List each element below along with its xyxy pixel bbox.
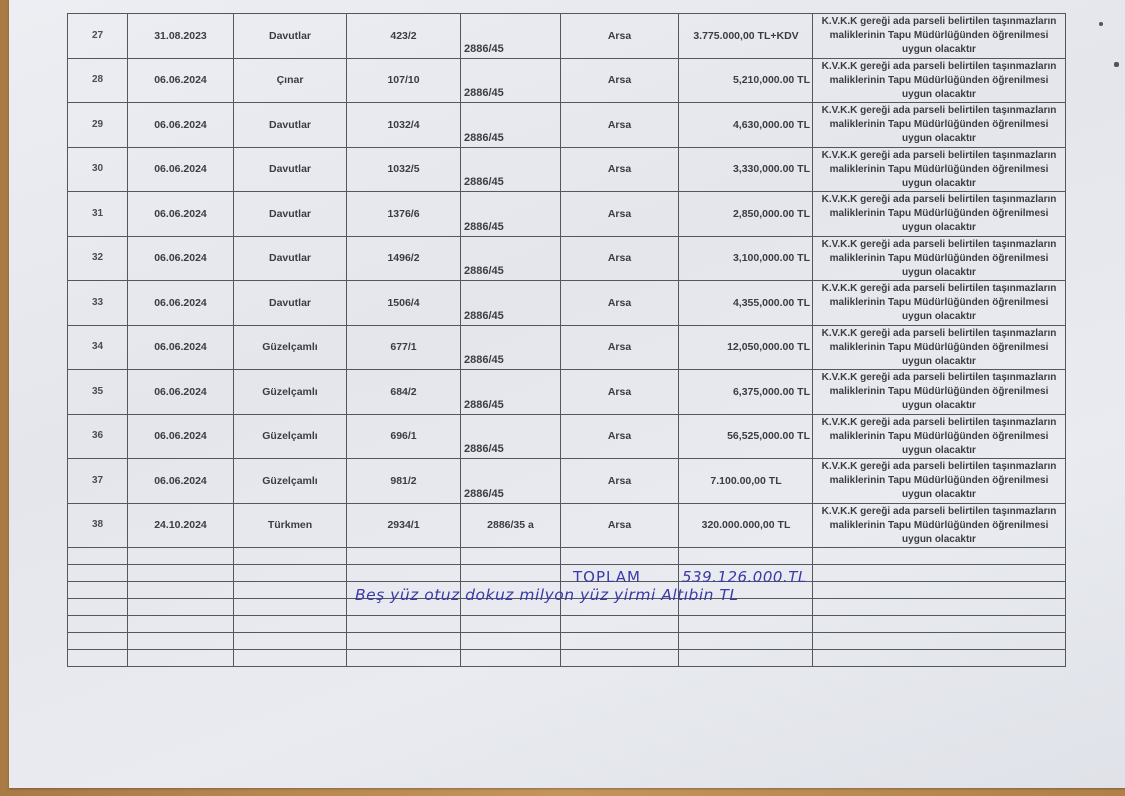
property-type-cell: Arsa: [561, 236, 679, 281]
ada-number-cell: 2886/45: [461, 236, 561, 281]
empty-cell: [347, 565, 461, 582]
location-cell: Güzelçamlı: [234, 370, 347, 415]
row-number-cell: 37: [68, 459, 128, 504]
location-cell: Davutlar: [234, 147, 347, 192]
row-number-cell: 34: [68, 325, 128, 370]
property-type-cell: Arsa: [561, 192, 679, 237]
parcel-number-cell: 1376/6: [347, 192, 461, 237]
ada-number-cell: 2886/45: [461, 58, 561, 103]
empty-cell: [234, 582, 347, 599]
location-cell: Türkmen: [234, 503, 347, 548]
location-cell: Güzelçamlı: [234, 325, 347, 370]
sale-date-cell: 31.08.2023: [128, 14, 234, 59]
empty-cell: [679, 633, 813, 650]
empty-cell: [561, 616, 679, 633]
price-cell: 2,850,000.00 TL: [679, 192, 813, 237]
kvkk-note-cell: K.V.K.K gereği ada parseli belirtilen ta…: [813, 281, 1066, 326]
empty-cell: [461, 616, 561, 633]
ada-number-cell: 2886/45: [461, 103, 561, 148]
property-type-cell: Arsa: [561, 459, 679, 504]
table-row: 2906.06.2024Davutlar1032/42886/45Arsa4,6…: [68, 103, 1066, 148]
empty-cell: [561, 650, 679, 667]
row-number-cell: 29: [68, 103, 128, 148]
property-type-cell: Arsa: [561, 147, 679, 192]
sale-date-cell: 06.06.2024: [128, 414, 234, 459]
parcel-number-cell: 1032/4: [347, 103, 461, 148]
table-row: 3606.06.2024Güzelçamlı696/12886/45Arsa56…: [68, 414, 1066, 459]
property-type-cell: Arsa: [561, 325, 679, 370]
ada-number-cell: 2886/35 a: [461, 503, 561, 548]
ada-number-cell: 2886/45: [461, 370, 561, 415]
handwritten-total-amount: 539.126.000.TL: [682, 568, 807, 586]
location-cell: Davutlar: [234, 103, 347, 148]
empty-cell: [813, 633, 1066, 650]
table-row: 3506.06.2024Güzelçamlı684/22886/45Arsa6,…: [68, 370, 1066, 415]
empty-cell: [813, 548, 1066, 565]
property-type-cell: Arsa: [561, 14, 679, 59]
table-row: 3406.06.2024Güzelçamlı677/12886/45Arsa12…: [68, 325, 1066, 370]
ada-number-cell: 2886/45: [461, 281, 561, 326]
empty-table-row: [68, 565, 1066, 582]
property-type-cell: Arsa: [561, 414, 679, 459]
parcel-table: 2731.08.2023Davutlar423/22886/45Arsa3.77…: [67, 13, 1066, 667]
sale-date-cell: 06.06.2024: [128, 459, 234, 504]
paper-speck: [1099, 22, 1103, 26]
row-number-cell: 32: [68, 236, 128, 281]
row-number-cell: 36: [68, 414, 128, 459]
sale-date-cell: 06.06.2024: [128, 147, 234, 192]
empty-cell: [461, 633, 561, 650]
empty-cell: [128, 548, 234, 565]
parcel-number-cell: 1496/2: [347, 236, 461, 281]
parcel-number-cell: 1506/4: [347, 281, 461, 326]
empty-cell: [561, 548, 679, 565]
kvkk-note-cell: K.V.K.K gereği ada parseli belirtilen ta…: [813, 147, 1066, 192]
price-cell: 4,355,000.00 TL: [679, 281, 813, 326]
empty-cell: [347, 633, 461, 650]
empty-cell: [128, 599, 234, 616]
empty-cell: [561, 633, 679, 650]
price-cell: 5,210,000.00 TL: [679, 58, 813, 103]
empty-cell: [679, 548, 813, 565]
empty-cell: [234, 548, 347, 565]
table-row: 3306.06.2024Davutlar1506/42886/45Arsa4,3…: [68, 281, 1066, 326]
kvkk-note-cell: K.V.K.K gereği ada parseli belirtilen ta…: [813, 459, 1066, 504]
empty-cell: [128, 616, 234, 633]
empty-cell: [68, 548, 128, 565]
empty-table-row: [68, 650, 1066, 667]
empty-cell: [68, 633, 128, 650]
empty-table-row: [68, 616, 1066, 633]
kvkk-note-cell: K.V.K.K gereği ada parseli belirtilen ta…: [813, 325, 1066, 370]
empty-cell: [813, 582, 1066, 599]
kvkk-note-cell: K.V.K.K gereği ada parseli belirtilen ta…: [813, 14, 1066, 59]
empty-cell: [234, 565, 347, 582]
sale-date-cell: 06.06.2024: [128, 58, 234, 103]
parcel-number-cell: 981/2: [347, 459, 461, 504]
sale-date-cell: 06.06.2024: [128, 236, 234, 281]
handwritten-amount-in-words: Beş yüz otuz dokuz milyon yüz yirmi Altı…: [355, 586, 739, 604]
table-row: 3824.10.2024Türkmen2934/12886/35 aArsa32…: [68, 503, 1066, 548]
parcel-number-cell: 684/2: [347, 370, 461, 415]
row-number-cell: 27: [68, 14, 128, 59]
empty-table-row: [68, 633, 1066, 650]
empty-cell: [128, 582, 234, 599]
empty-cell: [461, 565, 561, 582]
price-cell: 7.100.00,00 TL: [679, 459, 813, 504]
empty-cell: [234, 616, 347, 633]
row-number-cell: 28: [68, 58, 128, 103]
table-body: 2731.08.2023Davutlar423/22886/45Arsa3.77…: [68, 14, 1066, 667]
empty-cell: [234, 599, 347, 616]
location-cell: Çınar: [234, 58, 347, 103]
price-cell: 6,375,000.00 TL: [679, 370, 813, 415]
empty-cell: [234, 633, 347, 650]
sale-date-cell: 06.06.2024: [128, 281, 234, 326]
empty-cell: [347, 616, 461, 633]
location-cell: Davutlar: [234, 281, 347, 326]
price-cell: 56,525,000.00 TL: [679, 414, 813, 459]
property-type-cell: Arsa: [561, 281, 679, 326]
parcel-number-cell: 107/10: [347, 58, 461, 103]
parcel-number-cell: 696/1: [347, 414, 461, 459]
table-row: 3106.06.2024Davutlar1376/62886/45Arsa2,8…: [68, 192, 1066, 237]
location-cell: Davutlar: [234, 236, 347, 281]
table-row: 3006.06.2024Davutlar1032/52886/45Arsa3,3…: [68, 147, 1066, 192]
empty-cell: [68, 582, 128, 599]
property-type-cell: Arsa: [561, 503, 679, 548]
price-cell: 3.775.000,00 TL+KDV: [679, 14, 813, 59]
empty-cell: [234, 650, 347, 667]
empty-cell: [813, 650, 1066, 667]
kvkk-note-cell: K.V.K.K gereği ada parseli belirtilen ta…: [813, 58, 1066, 103]
table-row: 2731.08.2023Davutlar423/22886/45Arsa3.77…: [68, 14, 1066, 59]
empty-cell: [347, 548, 461, 565]
parcel-number-cell: 423/2: [347, 14, 461, 59]
sale-date-cell: 06.06.2024: [128, 370, 234, 415]
table-row: 3206.06.2024Davutlar1496/22886/45Arsa3,1…: [68, 236, 1066, 281]
kvkk-note-cell: K.V.K.K gereği ada parseli belirtilen ta…: [813, 192, 1066, 237]
price-cell: 12,050,000.00 TL: [679, 325, 813, 370]
empty-cell: [813, 616, 1066, 633]
parcel-number-cell: 2934/1: [347, 503, 461, 548]
sale-date-cell: 24.10.2024: [128, 503, 234, 548]
price-cell: 320.000.000,00 TL: [679, 503, 813, 548]
sale-date-cell: 06.06.2024: [128, 192, 234, 237]
ada-number-cell: 2886/45: [461, 459, 561, 504]
row-number-cell: 33: [68, 281, 128, 326]
price-cell: 4,630,000.00 TL: [679, 103, 813, 148]
handwritten-total-label: TOPLAM: [573, 568, 641, 586]
table-row: 3706.06.2024Güzelçamlı981/22886/45Arsa7.…: [68, 459, 1066, 504]
ada-number-cell: 2886/45: [461, 147, 561, 192]
location-cell: Davutlar: [234, 14, 347, 59]
parcel-table-wrapper: 2731.08.2023Davutlar423/22886/45Arsa3.77…: [67, 13, 1065, 667]
empty-cell: [461, 548, 561, 565]
price-cell: 3,100,000.00 TL: [679, 236, 813, 281]
table-row: 2806.06.2024Çınar107/102886/45Arsa5,210,…: [68, 58, 1066, 103]
ada-number-cell: 2886/45: [461, 325, 561, 370]
empty-cell: [128, 650, 234, 667]
property-type-cell: Arsa: [561, 103, 679, 148]
empty-cell: [68, 565, 128, 582]
empty-cell: [679, 616, 813, 633]
empty-cell: [68, 616, 128, 633]
empty-cell: [347, 650, 461, 667]
empty-cell: [68, 599, 128, 616]
row-number-cell: 35: [68, 370, 128, 415]
row-number-cell: 30: [68, 147, 128, 192]
sale-date-cell: 06.06.2024: [128, 103, 234, 148]
empty-cell: [813, 565, 1066, 582]
ada-number-cell: 2886/45: [461, 192, 561, 237]
row-number-cell: 38: [68, 503, 128, 548]
empty-cell: [679, 650, 813, 667]
kvkk-note-cell: K.V.K.K gereği ada parseli belirtilen ta…: [813, 103, 1066, 148]
location-cell: Davutlar: [234, 192, 347, 237]
parcel-number-cell: 677/1: [347, 325, 461, 370]
kvkk-note-cell: K.V.K.K gereği ada parseli belirtilen ta…: [813, 414, 1066, 459]
kvkk-note-cell: K.V.K.K gereği ada parseli belirtilen ta…: [813, 370, 1066, 415]
ada-number-cell: 2886/45: [461, 14, 561, 59]
kvkk-note-cell: K.V.K.K gereği ada parseli belirtilen ta…: [813, 503, 1066, 548]
sale-date-cell: 06.06.2024: [128, 325, 234, 370]
empty-cell: [461, 650, 561, 667]
location-cell: Güzelçamlı: [234, 459, 347, 504]
ada-number-cell: 2886/45: [461, 414, 561, 459]
parcel-number-cell: 1032/5: [347, 147, 461, 192]
price-cell: 3,330,000.00 TL: [679, 147, 813, 192]
row-number-cell: 31: [68, 192, 128, 237]
empty-cell: [128, 565, 234, 582]
property-type-cell: Arsa: [561, 58, 679, 103]
paper-speck: [1114, 62, 1119, 67]
kvkk-note-cell: K.V.K.K gereği ada parseli belirtilen ta…: [813, 236, 1066, 281]
empty-cell: [68, 650, 128, 667]
empty-cell: [128, 633, 234, 650]
property-type-cell: Arsa: [561, 370, 679, 415]
location-cell: Güzelçamlı: [234, 414, 347, 459]
empty-cell: [813, 599, 1066, 616]
empty-table-row: [68, 548, 1066, 565]
